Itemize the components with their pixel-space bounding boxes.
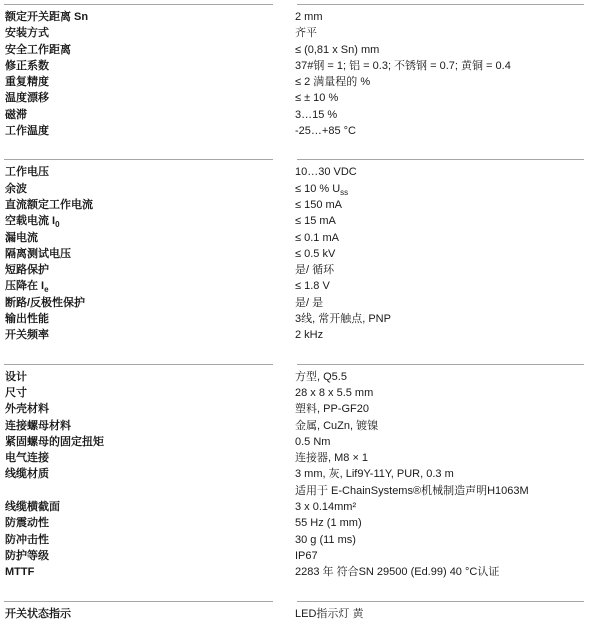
- spec-label: 连接螺母材料: [0, 418, 295, 434]
- spec-value-text: 是/ 是: [295, 297, 323, 309]
- divider-left-segment: [4, 364, 273, 365]
- spec-row: 修正系数37#钢 = 1; 铝 = 0.3; 不锈钢 = 0.7; 黄铜 = 0…: [0, 58, 590, 74]
- spec-value-line2: 适用于 E-ChainSystems®机械制造声明H1063M: [295, 483, 590, 499]
- spec-value: ≤ (0,81 x Sn) mm: [295, 42, 590, 58]
- spec-value: 是/ 是: [295, 295, 590, 311]
- spec-value: 3 x 0.14mm²: [295, 499, 590, 515]
- section-divider: [0, 159, 590, 160]
- spec-section-indication: 开关状态指示LED指示灯 黄: [0, 601, 590, 621]
- spec-value-text: ≤ 0.1 mA: [295, 232, 339, 244]
- spec-label: 隔离测试电压: [0, 246, 295, 262]
- spec-value-text: IP67: [295, 550, 318, 562]
- spec-value: 10…30 VDC: [295, 164, 590, 180]
- spec-section-electrical-data: 工作电压10…30 VDC余波≤ 10 % Uss直流额定工作电流≤ 150 m…: [0, 159, 590, 343]
- spec-row: 安全工作距离≤ (0,81 x Sn) mm: [0, 42, 590, 58]
- section-divider: [0, 364, 590, 365]
- spec-value: 方型, Q5.5: [295, 369, 590, 385]
- spec-value: IP67: [295, 548, 590, 564]
- spec-value-text: 30 g (11 ms): [295, 534, 356, 546]
- spec-value-text: 3 mm, 灰, Lif9Y-11Y, PUR, 0.3 m: [295, 468, 454, 480]
- spec-value-text: 55 Hz (1 mm): [295, 517, 362, 529]
- spec-label: 防震动性: [0, 515, 295, 531]
- spec-row: 线缆横截面3 x 0.14mm²: [0, 499, 590, 515]
- spec-value-text: ≤ (0,81 x Sn) mm: [295, 44, 379, 56]
- spec-table: 额定开关距离 Sn2 mm安装方式齐平安全工作距离≤ (0,81 x Sn) m…: [0, 0, 590, 621]
- spec-row: 磁滞3…15 %: [0, 107, 590, 123]
- spec-value: 3…15 %: [295, 107, 590, 123]
- spec-value-text: 2283 年 符合SN 29500 (Ed.99) 40 °C认证: [295, 566, 499, 578]
- spec-label: 开关状态指示: [0, 606, 295, 621]
- spec-label: 外壳材料: [0, 401, 295, 417]
- spec-label: 设计: [0, 369, 295, 385]
- spec-value-text: ≤ 15 mA: [295, 215, 336, 227]
- spec-value-text: 连接器, M8 × 1: [295, 452, 368, 464]
- spec-row: 直流额定工作电流≤ 150 mA: [0, 197, 590, 213]
- spec-row: 输出性能3线, 常开触点, PNP: [0, 311, 590, 327]
- spec-row: 外壳材料塑料, PP-GF20: [0, 401, 590, 417]
- spec-value-subscript: ss: [340, 188, 348, 197]
- spec-value: 3线, 常开触点, PNP: [295, 311, 590, 327]
- spec-label: 空载电流 I0: [0, 213, 295, 229]
- spec-value: ≤ 150 mA: [295, 197, 590, 213]
- divider-left-segment: [4, 601, 273, 602]
- spec-row: 开关频率2 kHz: [0, 327, 590, 343]
- spec-row: 断路/反极性保护是/ 是: [0, 295, 590, 311]
- spec-row: 防震动性55 Hz (1 mm): [0, 515, 590, 531]
- spec-value: 30 g (11 ms): [295, 532, 590, 548]
- spec-value-text: 塑料, PP-GF20: [295, 403, 369, 415]
- spec-row: 短路保护是/ 循环: [0, 262, 590, 278]
- spec-value-text: ≤ 0.5 kV: [295, 248, 335, 260]
- spec-label: 漏电流: [0, 230, 295, 246]
- spec-value-text: 3线, 常开触点, PNP: [295, 313, 391, 325]
- spec-value: ≤ 0.1 mA: [295, 230, 590, 246]
- spec-value-text: LED指示灯 黄: [295, 608, 363, 620]
- spec-label: 防冲击性: [0, 532, 295, 548]
- spec-value-text: 是/ 循环: [295, 264, 334, 276]
- spec-value-text: ≤ 2 满量程的 %: [295, 76, 370, 88]
- spec-value-text: 3 x 0.14mm²: [295, 501, 356, 513]
- spec-label: 修正系数: [0, 58, 295, 74]
- spec-label-subscript: 0: [55, 220, 59, 229]
- spec-label: 断路/反极性保护: [0, 295, 295, 311]
- spec-label: 额定开关距离 Sn: [0, 9, 295, 25]
- spec-value: ≤ 0.5 kV: [295, 246, 590, 262]
- divider-right-segment: [297, 601, 584, 602]
- spec-section-switching-distance-and-environment: 额定开关距离 Sn2 mm安装方式齐平安全工作距离≤ (0,81 x Sn) m…: [0, 4, 590, 139]
- spec-row: 电气连接连接器, M8 × 1: [0, 450, 590, 466]
- spec-value-text: ≤ 1.8 V: [295, 280, 330, 292]
- spec-label: 安装方式: [0, 25, 295, 41]
- spec-value-text: 28 x 8 x 5.5 mm: [295, 387, 373, 399]
- spec-value: 55 Hz (1 mm): [295, 515, 590, 531]
- spec-value-text: 3…15 %: [295, 109, 337, 121]
- spec-row: 连接螺母材料金属, CuZn, 镀镍: [0, 418, 590, 434]
- spec-label: 安全工作距离: [0, 42, 295, 58]
- spec-row: 安装方式齐平: [0, 25, 590, 41]
- spec-value-text: -25…+85 °C: [295, 125, 356, 137]
- spec-value-text: ≤ 150 mA: [295, 199, 342, 211]
- spec-row: 防冲击性30 g (11 ms): [0, 532, 590, 548]
- spec-label: 线缆材质: [0, 466, 295, 482]
- spec-row: 空载电流 I0≤ 15 mA: [0, 213, 590, 229]
- spec-value: 2 mm: [295, 9, 590, 25]
- divider-right-segment: [297, 159, 584, 160]
- spec-label: 工作温度: [0, 123, 295, 139]
- spec-label: 开关频率: [0, 327, 295, 343]
- spec-value-text: 金属, CuZn, 镀镍: [295, 420, 378, 432]
- spec-row: 设计方型, Q5.5: [0, 369, 590, 385]
- section-divider: [0, 4, 590, 5]
- spec-value-text: 10…30 VDC: [295, 166, 357, 178]
- spec-value-text: 齐平: [295, 27, 317, 39]
- spec-row: 重复精度≤ 2 满量程的 %: [0, 74, 590, 90]
- spec-value: 37#钢 = 1; 铝 = 0.3; 不锈钢 = 0.7; 黄铜 = 0.4: [295, 58, 590, 74]
- spec-value: ≤ ± 10 %: [295, 90, 590, 106]
- spec-row: MTTF2283 年 符合SN 29500 (Ed.99) 40 °C认证: [0, 564, 590, 580]
- spec-value: 2 kHz: [295, 327, 590, 343]
- spec-value-text: 37#钢 = 1; 铝 = 0.3; 不锈钢 = 0.7; 黄铜 = 0.4: [295, 60, 511, 72]
- spec-value-text: 0.5 Nm: [295, 436, 330, 448]
- spec-label: 重复精度: [0, 74, 295, 90]
- spec-row: 漏电流≤ 0.1 mA: [0, 230, 590, 246]
- spec-value: 是/ 循环: [295, 262, 590, 278]
- spec-label: 尺寸: [0, 385, 295, 401]
- spec-value: ≤ 10 % Uss: [295, 181, 590, 197]
- spec-value: 金属, CuZn, 镀镍: [295, 418, 590, 434]
- spec-label: 紧固螺母的固定扭矩: [0, 434, 295, 450]
- spec-value-text: ≤ 10 % U: [295, 183, 340, 195]
- spec-value: ≤ 1.8 V: [295, 278, 590, 294]
- spec-label: 直流额定工作电流: [0, 197, 295, 213]
- spec-label: 工作电压: [0, 164, 295, 180]
- divider-right-segment: [297, 4, 584, 5]
- spec-label: 短路保护: [0, 262, 295, 278]
- spec-row: 温度漂移≤ ± 10 %: [0, 90, 590, 106]
- spec-row: 开关状态指示LED指示灯 黄: [0, 606, 590, 621]
- spec-value: 0.5 Nm: [295, 434, 590, 450]
- spec-row: 线缆材质3 mm, 灰, Lif9Y-11Y, PUR, 0.3 m适用于 E-…: [0, 466, 590, 499]
- spec-value: 28 x 8 x 5.5 mm: [295, 385, 590, 401]
- spec-row: 压降在 Ie≤ 1.8 V: [0, 278, 590, 294]
- spec-value-text: ≤ ± 10 %: [295, 92, 338, 104]
- spec-row: 工作电压10…30 VDC: [0, 164, 590, 180]
- spec-label: 余波: [0, 181, 295, 197]
- spec-value: 塑料, PP-GF20: [295, 401, 590, 417]
- spec-value: LED指示灯 黄: [295, 606, 590, 621]
- spec-label: 防护等级: [0, 548, 295, 564]
- spec-label: 磁滞: [0, 107, 295, 123]
- spec-value-text: 方型, Q5.5: [295, 371, 347, 383]
- spec-row: 防护等级IP67: [0, 548, 590, 564]
- divider-left-segment: [4, 159, 273, 160]
- spec-label: 压降在 Ie: [0, 278, 295, 294]
- spec-value: -25…+85 °C: [295, 123, 590, 139]
- spec-value: 连接器, M8 × 1: [295, 450, 590, 466]
- spec-label: 线缆横截面: [0, 499, 295, 515]
- spec-value: 齐平: [295, 25, 590, 41]
- spec-label: 输出性能: [0, 311, 295, 327]
- section-divider: [0, 601, 590, 602]
- spec-value: ≤ 15 mA: [295, 213, 590, 229]
- spec-row: 工作温度-25…+85 °C: [0, 123, 590, 139]
- spec-value: 2283 年 符合SN 29500 (Ed.99) 40 °C认证: [295, 564, 590, 580]
- spec-row: 隔离测试电压≤ 0.5 kV: [0, 246, 590, 262]
- spec-row: 紧固螺母的固定扭矩0.5 Nm: [0, 434, 590, 450]
- spec-label: 电气连接: [0, 450, 295, 466]
- divider-right-segment: [297, 364, 584, 365]
- spec-row: 尺寸28 x 8 x 5.5 mm: [0, 385, 590, 401]
- spec-label: 温度漂移: [0, 90, 295, 106]
- divider-left-segment: [4, 4, 273, 5]
- spec-value: ≤ 2 满量程的 %: [295, 74, 590, 90]
- spec-row: 余波≤ 10 % Uss: [0, 181, 590, 197]
- spec-row: 额定开关距离 Sn2 mm: [0, 9, 590, 25]
- spec-value-text: 2 mm: [295, 11, 323, 23]
- spec-section-mechanical-data: 设计方型, Q5.5尺寸28 x 8 x 5.5 mm外壳材料塑料, PP-GF…: [0, 364, 590, 581]
- spec-value-text: 2 kHz: [295, 329, 323, 341]
- spec-value: 3 mm, 灰, Lif9Y-11Y, PUR, 0.3 m适用于 E-Chai…: [295, 466, 590, 499]
- spec-label: MTTF: [0, 564, 295, 580]
- spec-label-subscript: e: [44, 286, 48, 295]
